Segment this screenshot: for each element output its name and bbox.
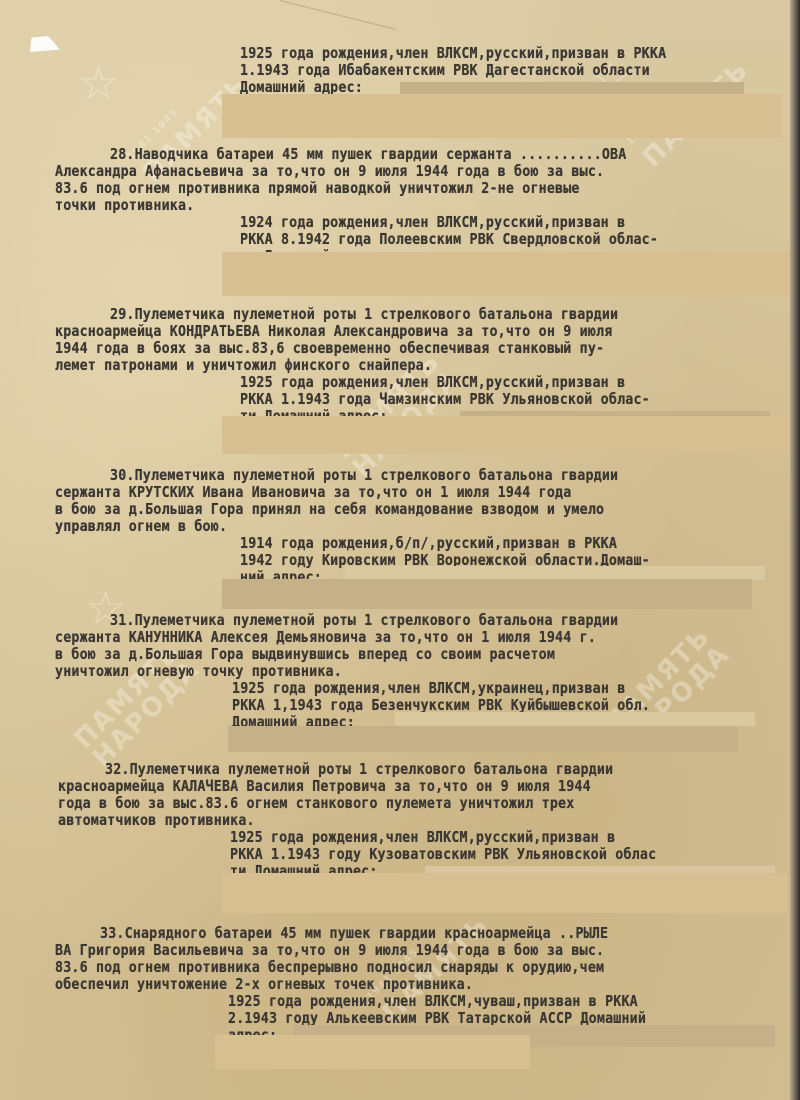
bio-line: 1924 года рождения,член ВЛКСМ,русский,пр… [240,214,625,230]
citation-line: Александра Афанасьевича за то,что он 9 и… [55,163,604,179]
citation-line: 28.Наводчика батареи 45 мм пушек гвардии… [110,146,626,162]
bio-line: РККА 1.1943 года Чамзинским РВК Ульяновс… [240,391,650,407]
bio-line: 1925 года рождения,член ВЛКСМ,русский,пр… [240,45,666,61]
citation-line: сержанта КАНУННИКА Алексея Демьяновича з… [55,629,596,645]
redaction-block [222,579,752,609]
redaction-block [345,566,765,580]
citation-line: сержанта КРУТСКИХ Ивана Ивановича за то,… [55,484,571,500]
redaction-block [222,94,782,138]
citation-line: 83.6 под огнем противника прямой наводко… [55,180,580,196]
citation-line: точки противника. [55,197,194,213]
citation-line: в бою за д.Большая Гора принял на себя к… [55,501,604,517]
citation-line: 83.6 под огнем противника беспрерывно по… [55,959,604,975]
bio-line: РККА 1.1943 году Кузоватовским РВК Ульян… [230,846,656,862]
citation-line: ВА Григория Васильевича за то,что он 9 и… [55,942,604,958]
bio-line: 2.1943 году Алькеевским РВК Татарской АС… [228,1010,646,1026]
citation-line: красноармейца КОНДРАТЬЕВА Николая Алекса… [55,323,612,339]
bio-line: 1925 года рождения,член ВЛКСМ,украинец,п… [232,680,625,696]
citation-line: 32.Пулеметчика пулеметной роты 1 стрелко… [105,761,613,777]
citation-line: автоматчиков противника. [58,812,255,828]
bio-line: РККА 8.1942 года Полеевским РВК Свердлов… [240,231,658,247]
bio-line: 1925 года рождения,член ВЛКСМ,русский,пр… [240,374,625,390]
paper-edge-shadow [790,0,800,1100]
redaction-block [222,416,792,454]
bio-line: РККА 1,1943 года Безенчукским РВК Куйбыш… [232,697,650,713]
bio-line: 1.1943 года Ибабакентским РВК Дагестанск… [240,62,650,78]
bio-line: 1925 года рождения,член ВЛКСМ,русский,пр… [230,829,615,845]
redaction-block [222,873,787,913]
redaction-block [215,1035,530,1069]
redaction-block [228,726,738,752]
citation-line: года в бою за выс.83.6 огнем станкового … [58,795,574,811]
redaction-block [222,252,792,296]
citation-line: лемет патронами и уничтожил финского сна… [55,357,432,373]
citation-line: 1944 года в боях за выс.83,6 своевременн… [55,340,604,356]
citation-line: в бою за д.Большая Гора выдвинувшись впе… [55,646,555,662]
bio-line: Домашний адрес: [240,79,363,95]
citation-line: управлял огнем в бою. [55,518,227,534]
redaction-block [400,82,744,94]
redaction-block [395,712,755,726]
citation-line: уничтожил огневую точку противника. [55,663,342,679]
citation-line: 33.Снарядного батареи 45 мм пушек гварди… [100,925,608,941]
bio-line: 1914 года рождения,б/п/,русский,призван … [240,535,617,551]
citation-line: красноармейца КАЛАЧЕВА Василия Петровича… [58,778,591,794]
bio-line: 1925 года рождения,член ВЛКСМ,чуваш,приз… [228,993,638,1009]
citation-line: обеспечил уничтожение 2-х огневых точек … [55,976,473,992]
citation-line: 29.Пулеметчика пулеметной роты 1 стрелко… [110,306,618,322]
citation-line: 30.Пулеметчика пулеметной роты 1 стрелко… [110,467,618,483]
citation-line: 31.Пулеметчика пулеметной роты 1 стрелко… [110,612,618,628]
